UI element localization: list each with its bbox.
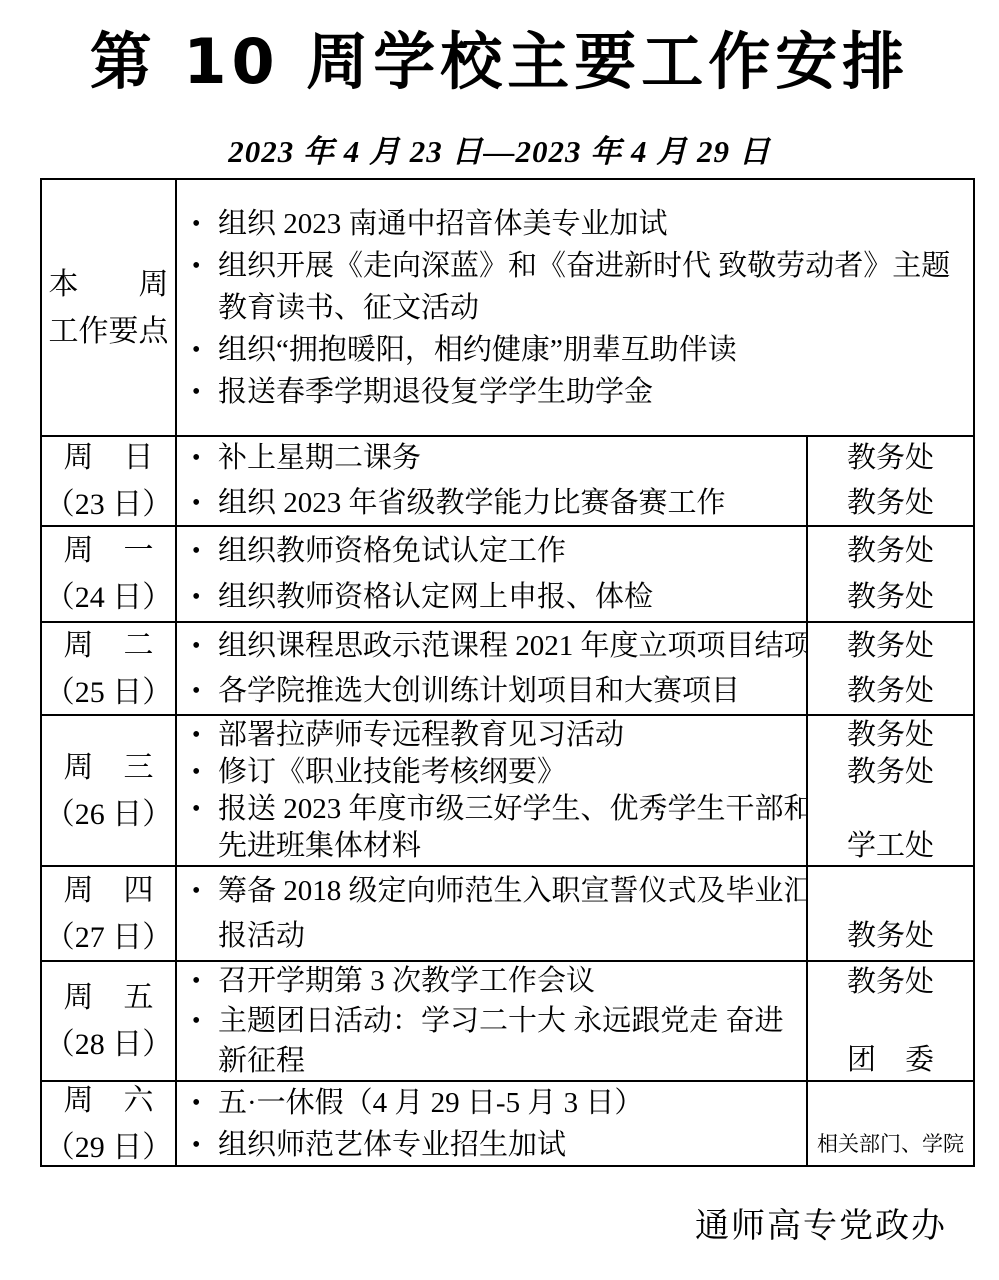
task-item-continuation: 新征程 [192,1041,802,1080]
task-item: •部署拉萨师专远程教育见习活动 [192,717,802,754]
department-label: 相关部门、学院 [817,1123,964,1165]
dept-cell: 教务处团 委 [806,962,973,1080]
task-text: 报送 2023 年度市级三好学生、优秀学生干部和 [218,791,806,828]
tasks-cell: •组织 2023 南通中招音体美专业加试•组织开展《走向深蓝》和《奋进新时代 致… [175,180,973,435]
table-row-friday: 周 五（28 日） •召开学期第 3 次教学工作会议•主题团日活动：学习二十大 … [42,960,973,1080]
day-label-line: 周 六 [64,1077,154,1124]
document-page: 第 10 周学校主要工作安排 2023 年 4 月 23 日—2023 年 4 … [0,0,999,1280]
bullet-icon: • [192,1001,218,1041]
day-label-line: 周 五 [64,974,154,1021]
department-label: 教务处 [847,962,934,1002]
task-text: 筹备 2018 级定向师范生入职宣誓仪式及毕业汇 [218,869,806,914]
bullet-icon: • [192,869,218,914]
department-label: 教务处 [847,436,934,481]
bullet-icon: • [192,669,218,714]
task-item: •组织教师资格认定网上申报、体检 [192,574,802,620]
bullet-icon: • [192,371,218,413]
task-item: •主题团日活动：学习二十大 永远跟党走 奋进 [192,1001,802,1041]
table-row-wednesday: 周 三（26 日） •部署拉萨师专远程教育见习活动•修订《职业技能考核纲要》•报… [42,714,973,865]
bullet-icon: • [192,245,218,287]
day-label-line: 周 二 [64,622,154,669]
task-text: 组织开展《走向深蓝》和《奋进新时代 致敬劳动者》主题 [218,245,950,287]
task-item: •组织师范艺体专业招生加试 [192,1124,802,1166]
task-text: 五·一休假（4 月 29 日-5 月 3 日） [218,1082,643,1124]
task-item: •各学院推选大创训练计划项目和大赛项目 [192,669,802,714]
task-text: 各学院推选大创训练计划项目和大赛项目 [218,669,740,714]
task-item: •组织开展《走向深蓝》和《奋进新时代 致敬劳动者》主题 [192,245,969,287]
bullet-icon: • [192,574,218,620]
tasks-cell: •组织教师资格免试认定工作•组织教师资格认定网上申报、体检 [175,527,806,621]
dept-cell: 教务处教务处 [806,623,973,714]
department-label: 教务处 [847,528,934,574]
department-label: 教务处 [847,574,934,620]
day-label-line: （27 日） [45,914,173,961]
bullet-icon: • [192,717,218,754]
bullet-icon: • [192,624,218,669]
task-text: 先进班集体材料 [218,828,421,865]
task-text: 报送春季学期退役复学学生助学金 [218,371,653,413]
day-label-line: 周 四 [64,867,154,914]
bullet-icon: • [192,481,218,525]
task-text: 组织教师资格认定网上申报、体检 [218,574,653,620]
task-item: •组织“拥抱暖阳，相约健康”朋辈互助伴读 [192,329,969,371]
dept-cell: 教务处教务处 [806,437,973,525]
table-row-sunday: 周 日（23 日） •补上星期二课务•组织 2023 年省级教学能力比赛备赛工作… [42,435,973,525]
task-text: 修订《职业技能考核纲要》 [218,754,566,791]
day-cell: 周 二（25 日） [42,623,175,714]
task-text: 主题团日活动：学习二十大 永远跟党走 奋进 [218,1001,784,1041]
tasks-cell: •五·一休假（4 月 29 日-5 月 3 日）•组织师范艺体专业招生加试 [175,1082,806,1165]
department-label: 团 委 [847,1040,934,1080]
table-row-weekly-highlights: 本 周工作要点 •组织 2023 南通中招音体美专业加试•组织开展《走向深蓝》和… [42,180,973,435]
tasks-cell: •组织课程思政示范课程 2021 年度立项项目结项•各学院推选大创训练计划项目和… [175,623,806,714]
bullet-icon: • [192,962,218,1001]
task-item: •筹备 2018 级定向师范生入职宣誓仪式及毕业汇 [192,869,802,914]
department-label: 教务处 [847,754,934,791]
day-label-line: 周 日 [64,434,154,481]
day-cell: 本 周工作要点 [42,180,175,435]
tasks-cell: •部署拉萨师专远程教育见习活动•修订《职业技能考核纲要》•报送 2023 年度市… [175,716,806,865]
task-item: •组织 2023 南通中招音体美专业加试 [192,203,969,245]
task-item: •报送 2023 年度市级三好学生、优秀学生干部和 [192,791,802,828]
day-cell: 周 五（28 日） [42,962,175,1080]
task-item-continuation: 教育读书、征文活动 [192,287,969,329]
task-text: 组织教师资格免试认定工作 [218,528,566,574]
bullet-icon: • [192,528,218,574]
task-item: •组织课程思政示范课程 2021 年度立项项目结项 [192,624,802,669]
task-item: •召开学期第 3 次教学工作会议 [192,962,802,1001]
day-label-line: （25 日） [45,669,173,716]
department-label: 教务处 [847,914,934,959]
bullet-icon: • [192,754,218,791]
task-text: 报活动 [218,914,305,959]
task-item-continuation: 报活动 [192,914,802,959]
task-item: •组织 2023 年省级教学能力比赛备赛工作 [192,481,802,525]
table-row-saturday: 周 六（29 日） •五·一休假（4 月 29 日-5 月 3 日）•组织师范艺… [42,1080,973,1165]
bullet-icon: • [192,1082,218,1124]
day-label-line: （23 日） [45,481,173,528]
day-label-line: 本 周 [49,261,169,308]
task-text: 组织 2023 年省级教学能力比赛备赛工作 [218,481,726,525]
day-label-line: （28 日） [45,1021,173,1068]
day-cell: 周 四（27 日） [42,867,175,960]
task-item: •五·一休假（4 月 29 日-5 月 3 日） [192,1082,802,1124]
dept-cell: 相关部门、学院 [806,1082,973,1165]
task-text: 组织“拥抱暖阳，相约健康”朋辈互助伴读 [218,329,737,371]
task-text: 教育读书、征文活动 [218,287,479,329]
footer-signature: 通师高专党政办 [695,1198,947,1247]
tasks-cell: •筹备 2018 级定向师范生入职宣誓仪式及毕业汇报活动 [175,867,806,960]
department-label: 教务处 [847,717,934,754]
day-cell: 周 日（23 日） [42,437,175,525]
day-label-line: 周 三 [64,744,154,791]
bullet-icon: • [192,791,218,828]
task-item: •补上星期二课务 [192,437,802,481]
day-label-line: （26 日） [45,791,173,838]
day-cell: 周 三（26 日） [42,716,175,865]
day-cell: 周 一（24 日） [42,527,175,621]
bullet-icon: • [192,437,218,481]
task-item: •报送春季学期退役复学学生助学金 [192,371,969,413]
day-label-line: 周 一 [64,527,154,574]
department-label: 学工处 [847,828,934,865]
table-row-thursday: 周 四（27 日） •筹备 2018 级定向师范生入职宣誓仪式及毕业汇报活动 教… [42,865,973,960]
date-range: 2023 年 4 月 23 日—2023 年 4 月 29 日 [0,126,999,171]
bullet-icon: • [192,329,218,371]
table-row-tuesday: 周 二（25 日） •组织课程思政示范课程 2021 年度立项项目结项•各学院推… [42,621,973,714]
task-text: 新征程 [218,1041,305,1080]
schedule-table: 本 周工作要点 •组织 2023 南通中招音体美专业加试•组织开展《走向深蓝》和… [40,178,975,1167]
department-label: 教务处 [847,624,934,669]
day-label-line: （24 日） [45,574,173,621]
department-label: 教务处 [847,481,934,526]
task-text: 组织课程思政示范课程 2021 年度立项项目结项 [218,624,806,669]
page-title: 第 10 周学校主要工作安排 [0,12,999,101]
task-text: 部署拉萨师专远程教育见习活动 [218,717,624,754]
dept-cell: 教务处教务处学工处 [806,716,973,865]
task-item: •组织教师资格免试认定工作 [192,528,802,574]
task-item-continuation: 先进班集体材料 [192,828,802,865]
tasks-cell: •补上星期二课务•组织 2023 年省级教学能力比赛备赛工作 [175,437,806,525]
table-row-monday: 周 一（24 日） •组织教师资格免试认定工作•组织教师资格认定网上申报、体检 … [42,525,973,621]
day-label-line: （29 日） [45,1124,173,1171]
day-cell: 周 六（29 日） [42,1082,175,1165]
dept-cell: 教务处教务处 [806,527,973,621]
task-item: •修订《职业技能考核纲要》 [192,754,802,791]
department-label: 教务处 [847,669,934,714]
tasks-cell: •召开学期第 3 次教学工作会议•主题团日活动：学习二十大 永远跟党走 奋进新征… [175,962,806,1080]
dept-cell: 教务处 [806,867,973,960]
bullet-icon: • [192,1124,218,1166]
task-text: 召开学期第 3 次教学工作会议 [218,962,595,1001]
day-label-line: 工作要点 [49,308,169,355]
task-text: 组织师范艺体专业招生加试 [218,1124,566,1166]
task-text: 补上星期二课务 [218,437,421,481]
task-text: 组织 2023 南通中招音体美专业加试 [218,203,668,245]
bullet-icon: • [192,203,218,245]
